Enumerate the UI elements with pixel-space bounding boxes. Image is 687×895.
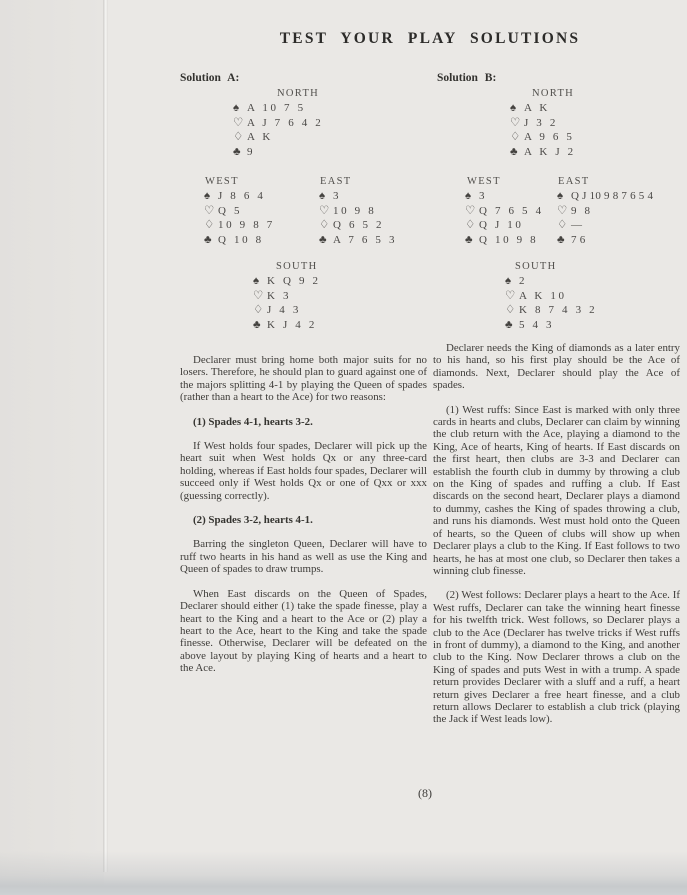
spade-cards: Q J 10 9 8 7 6 5 4 [571, 190, 653, 202]
club-icon: ♣ [510, 145, 524, 160]
club-icon: ♣ [557, 233, 571, 248]
clubs-row: ♣A K J 2 [510, 145, 576, 160]
heart-icon: ♡ [319, 204, 333, 219]
diamond-icon: ♢ [510, 130, 524, 145]
solution-a-label: Solution A: [180, 72, 239, 84]
diamond-icon: ♢ [253, 303, 267, 318]
club-icon: ♣ [319, 233, 333, 248]
club-icon: ♣ [505, 318, 519, 333]
page-crease [103, 0, 108, 872]
spade-icon: ♠ [253, 274, 267, 289]
spades-row: ♠2 [505, 274, 597, 289]
diamond-icon: ♢ [319, 218, 333, 233]
club-cards: 7 6 [571, 234, 585, 246]
diamonds-row: ♢Q J 10 [465, 218, 544, 233]
club-cards: K J 4 2 [267, 319, 317, 331]
case-heading-2: (2) Spades 3-2, hearts 4-1. [180, 514, 427, 526]
book-page-scan: TEST YOUR PLAY SOLUTIONS Solution A: NOR… [0, 0, 687, 895]
heart-icon: ♡ [510, 116, 524, 131]
diamond-cards: Q 6 5 2 [333, 219, 384, 231]
spade-icon: ♠ [204, 189, 218, 204]
hand-b-east: EAST ♠Q J 10 9 8 7 6 5 4 ♡9 8 ♢— ♣7 6 [557, 176, 653, 247]
hand-b-west: WEST ♠3 ♡Q 7 6 5 4 ♢Q J 10 ♣Q 10 9 8 [465, 176, 544, 247]
heart-cards: Q 5 [218, 205, 242, 217]
page-title: TEST YOUR PLAY SOLUTIONS [180, 30, 680, 48]
paragraph: When East discards on the Queen of Spade… [180, 588, 427, 675]
heart-cards: A K 10 [519, 290, 567, 302]
hearts-row: ♡Q 7 6 5 4 [465, 204, 544, 219]
club-cards: A 7 6 5 3 [333, 234, 397, 246]
club-icon: ♣ [233, 145, 247, 160]
paragraph: (2) West follows: Declarer plays a heart… [433, 589, 680, 725]
heart-cards: J 3 2 [524, 117, 558, 129]
diamond-cards: A 9 6 5 [524, 131, 575, 143]
clubs-row: ♣Q 10 9 8 [465, 233, 544, 248]
clubs-row: ♣7 6 [557, 233, 653, 248]
hand-b-south: SOUTH ♠2 ♡A K 10 ♢K 8 7 4 3 2 ♣5 4 3 [505, 261, 597, 332]
spades-row: ♠K Q 9 2 [253, 274, 321, 289]
spades-row: ♠Q J 10 9 8 7 6 5 4 [557, 189, 653, 204]
heart-cards: A J 7 6 4 2 [247, 117, 323, 129]
solution-b-label: Solution B: [437, 72, 496, 84]
hand-b-north: NORTH ♠A K ♡J 3 2 ♢A 9 6 5 ♣A K J 2 [510, 88, 576, 159]
spades-row: ♠A K [510, 101, 576, 116]
spade-cards: K Q 9 2 [267, 275, 321, 287]
diamond-cards: K 8 7 4 3 2 [519, 304, 597, 316]
spade-icon: ♠ [319, 189, 333, 204]
spade-icon: ♠ [557, 189, 571, 204]
clubs-row: ♣A 7 6 5 3 [319, 233, 397, 248]
heart-cards: 10 9 8 [333, 205, 376, 217]
solution-a-text-column: Declarer must bring home both major suit… [180, 354, 427, 687]
heart-icon: ♡ [465, 204, 479, 219]
heart-icon: ♡ [204, 204, 218, 219]
solution-a-diagram: Solution A: NORTH ♠A 10 7 5 ♡A J 7 6 4 2… [180, 72, 428, 346]
paragraph: Barring the singleton Queen, Declarer wi… [180, 538, 427, 575]
club-icon: ♣ [204, 233, 218, 248]
heart-cards: 9 8 [571, 205, 593, 217]
seat-label-north: NORTH [532, 88, 576, 99]
seat-label-north: NORTH [277, 88, 323, 99]
spade-cards: A 10 7 5 [247, 102, 306, 114]
hand-a-west: WEST ♠J 8 6 4 ♡Q 5 ♢10 9 8 7 ♣Q 10 8 [204, 176, 275, 247]
diamonds-row: ♢J 4 3 [253, 303, 321, 318]
heart-icon: ♡ [557, 204, 571, 219]
spade-icon: ♠ [505, 274, 519, 289]
spade-icon: ♠ [233, 101, 247, 116]
paragraph: (1) West ruffs: Since East is marked wit… [433, 404, 680, 578]
spades-row: ♠3 [465, 189, 544, 204]
spade-cards: A K [524, 102, 550, 114]
hearts-row: ♡A K 10 [505, 289, 597, 304]
hearts-row: ♡10 9 8 [319, 204, 397, 219]
heart-icon: ♡ [233, 116, 247, 131]
solution-b-diagram: Solution B: NORTH ♠A K ♡J 3 2 ♢A 9 6 5 ♣… [437, 72, 685, 346]
diamonds-row: ♢K 8 7 4 3 2 [505, 303, 597, 318]
club-cards: A K J 2 [524, 146, 576, 158]
diamonds-row: ♢A K [233, 130, 323, 145]
spade-cards: 3 [479, 190, 487, 202]
seat-label-south: SOUTH [276, 261, 321, 272]
hearts-row: ♡9 8 [557, 204, 653, 219]
diamond-icon: ♢ [233, 130, 247, 145]
seat-label-east: EAST [558, 176, 653, 187]
page-bottom-edge [0, 851, 687, 895]
seat-label-west: WEST [467, 176, 544, 187]
spades-row: ♠J 8 6 4 [204, 189, 275, 204]
hand-a-east: EAST ♠3 ♡10 9 8 ♢Q 6 5 2 ♣A 7 6 5 3 [319, 176, 397, 247]
heart-icon: ♡ [505, 289, 519, 304]
spade-cards: J 8 6 4 [218, 190, 266, 202]
hearts-row: ♡Q 5 [204, 204, 275, 219]
paragraph: If West holds four spades, Declarer will… [180, 440, 427, 502]
diamonds-row: ♢10 9 8 7 [204, 218, 275, 233]
diamond-cards: A K [247, 131, 273, 143]
club-cards: 9 [247, 146, 255, 158]
club-cards: 5 4 3 [519, 319, 554, 331]
club-icon: ♣ [465, 233, 479, 248]
diamond-cards: J 4 3 [267, 304, 301, 316]
spade-icon: ♠ [465, 189, 479, 204]
paragraph: Declarer must bring home both major suit… [180, 354, 427, 404]
spades-row: ♠A 10 7 5 [233, 101, 323, 116]
case-heading-1: (1) Spades 4-1, hearts 3-2. [180, 416, 427, 428]
facing-page-edge [0, 0, 104, 895]
heart-cards: Q 7 6 5 4 [479, 205, 544, 217]
diamond-cards: 10 9 8 7 [218, 219, 275, 231]
seat-label-west: WEST [205, 176, 275, 187]
paragraph: Declarer needs the King of diamonds as a… [433, 342, 680, 392]
diamonds-row: ♢A 9 6 5 [510, 130, 576, 145]
diamond-void: — [571, 219, 585, 231]
spades-row: ♠3 [319, 189, 397, 204]
club-icon: ♣ [253, 318, 267, 333]
diamonds-row: ♢Q 6 5 2 [319, 218, 397, 233]
diamond-cards: Q J 10 [479, 219, 524, 231]
hand-a-north: NORTH ♠A 10 7 5 ♡A J 7 6 4 2 ♢A K ♣9 [233, 88, 323, 159]
spade-icon: ♠ [510, 101, 524, 116]
diamond-icon: ♢ [465, 218, 479, 233]
clubs-row: ♣K J 4 2 [253, 318, 321, 333]
seat-label-east: EAST [320, 176, 397, 187]
club-cards: Q 10 9 8 [479, 234, 538, 246]
page-number: (8) [393, 786, 457, 801]
diamond-icon: ♢ [557, 218, 571, 233]
hearts-row: ♡A J 7 6 4 2 [233, 116, 323, 131]
hearts-row: ♡J 3 2 [510, 116, 576, 131]
heart-icon: ♡ [253, 289, 267, 304]
spade-cards: 3 [333, 190, 341, 202]
diamond-icon: ♢ [204, 218, 218, 233]
club-cards: Q 10 8 [218, 234, 264, 246]
hearts-row: ♡K 3 [253, 289, 321, 304]
heart-cards: K 3 [267, 290, 291, 302]
solution-b-text-column: Declarer needs the King of diamonds as a… [433, 342, 680, 738]
spade-cards: 2 [519, 275, 527, 287]
seat-label-south: SOUTH [515, 261, 597, 272]
diamond-icon: ♢ [505, 303, 519, 318]
clubs-row: ♣5 4 3 [505, 318, 597, 333]
hand-a-south: SOUTH ♠K Q 9 2 ♡K 3 ♢J 4 3 ♣K J 4 2 [253, 261, 321, 332]
clubs-row: ♣Q 10 8 [204, 233, 275, 248]
diamonds-row: ♢— [557, 218, 653, 233]
clubs-row: ♣9 [233, 145, 323, 160]
